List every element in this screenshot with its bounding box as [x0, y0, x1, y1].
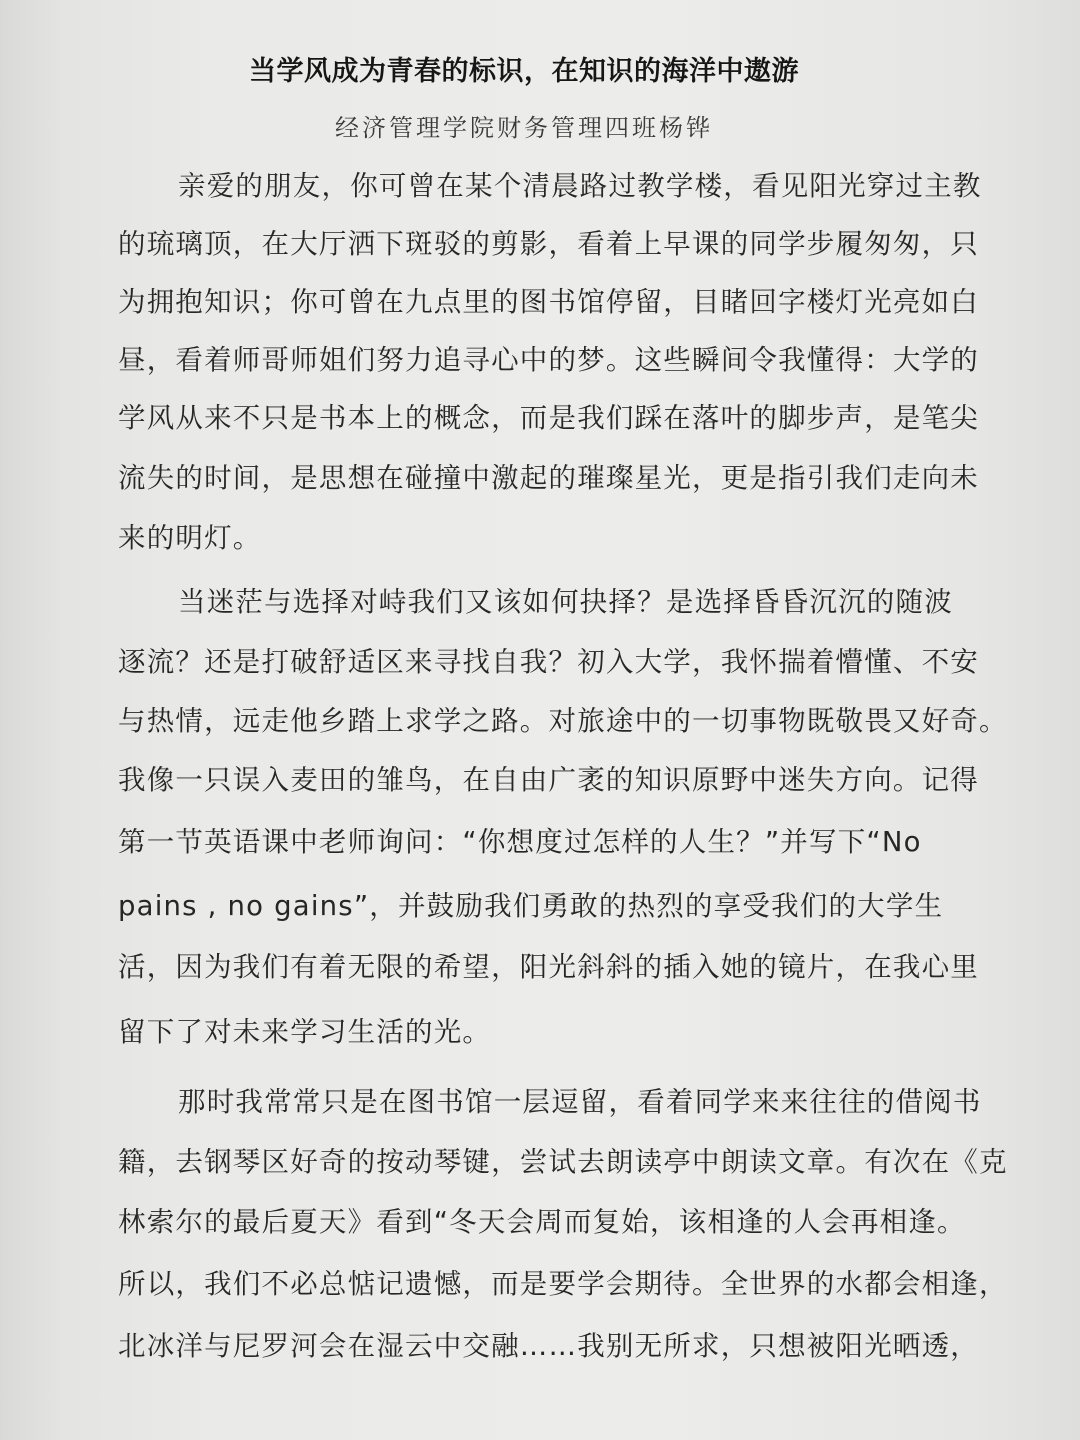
text-line: 学风从来不只是书本上的概念，而是我们踩在落叶的脚步声，是笔尖: [118, 396, 978, 440]
text-line: 逐流？还是打破舒适区来寻找自我？初入大学，我怀揣着懵懂、不安: [118, 640, 978, 684]
text-line: 流失的时间，是思想在碰撞中激起的璀璨星光，更是指引我们走向未: [118, 456, 978, 500]
text-line: 当迷茫与选择对峙我们又该如何抉择？是选择昏昏沉沉的随波: [178, 580, 1038, 624]
text-line: 所以，我们不必总惦记遗憾，而是要学会期待。全世界的水都会相逢，: [118, 1262, 978, 1306]
text-line: 来的明灯。: [118, 516, 978, 560]
text-line: 留下了对未来学习生活的光。: [118, 1010, 978, 1054]
text-line: 与热情，远走他乡踏上求学之路。对旅途中的一切事物既敬畏又好奇。: [118, 699, 978, 743]
document-title: 当学风成为青春的标识，在知识的海洋中遨游: [0, 50, 1048, 94]
text-line: 亲爱的朋友，你可曾在某个清晨路过教学楼，看见阳光穿过主教: [178, 164, 1038, 208]
text-line: 林索尔的最后夏天》看到“冬天会周而复始，该相逢的人会再相逢。: [118, 1200, 978, 1244]
document-author: 经济管理学院财务管理四班杨铧: [0, 108, 1048, 148]
text-line: 为拥抱知识；你可曾在九点里的图书馆停留，目睹回字楼灯光亮如白: [118, 280, 978, 324]
text-line: 昼，看着师哥师姐们努力追寻心中的梦。这些瞬间令我懂得：大学的: [118, 338, 978, 382]
text-line: pains , no gains”，并鼓励我们勇敢的热烈的享受我们的大学生: [118, 884, 978, 928]
text-line: 北冰洋与尼罗河会在湿云中交融……我别无所求，只想被阳光晒透，: [118, 1324, 978, 1368]
text-line: 第一节英语课中老师询问：“你想度过怎样的人生？”并写下“No: [118, 820, 978, 864]
document-page: 当学风成为青春的标识，在知识的海洋中遨游 经济管理学院财务管理四班杨铧 亲爱的朋…: [0, 0, 1080, 1440]
text-line: 的琉璃顶，在大厅洒下斑驳的剪影，看着上早课的同学步履匆匆，只: [118, 222, 978, 266]
text-line: 我像一只误入麦田的雏鸟，在自由广袤的知识原野中迷失方向。记得: [118, 758, 978, 802]
text-line: 籍，去钢琴区好奇的按动琴键，尝试去朗读亭中朗读文章。有次在《克: [118, 1140, 978, 1184]
text-line: 活，因为我们有着无限的希望，阳光斜斜的插入她的镜片，在我心里: [118, 945, 978, 989]
text-line: 那时我常常只是在图书馆一层逗留，看着同学来来往往的借阅书: [178, 1080, 1038, 1124]
